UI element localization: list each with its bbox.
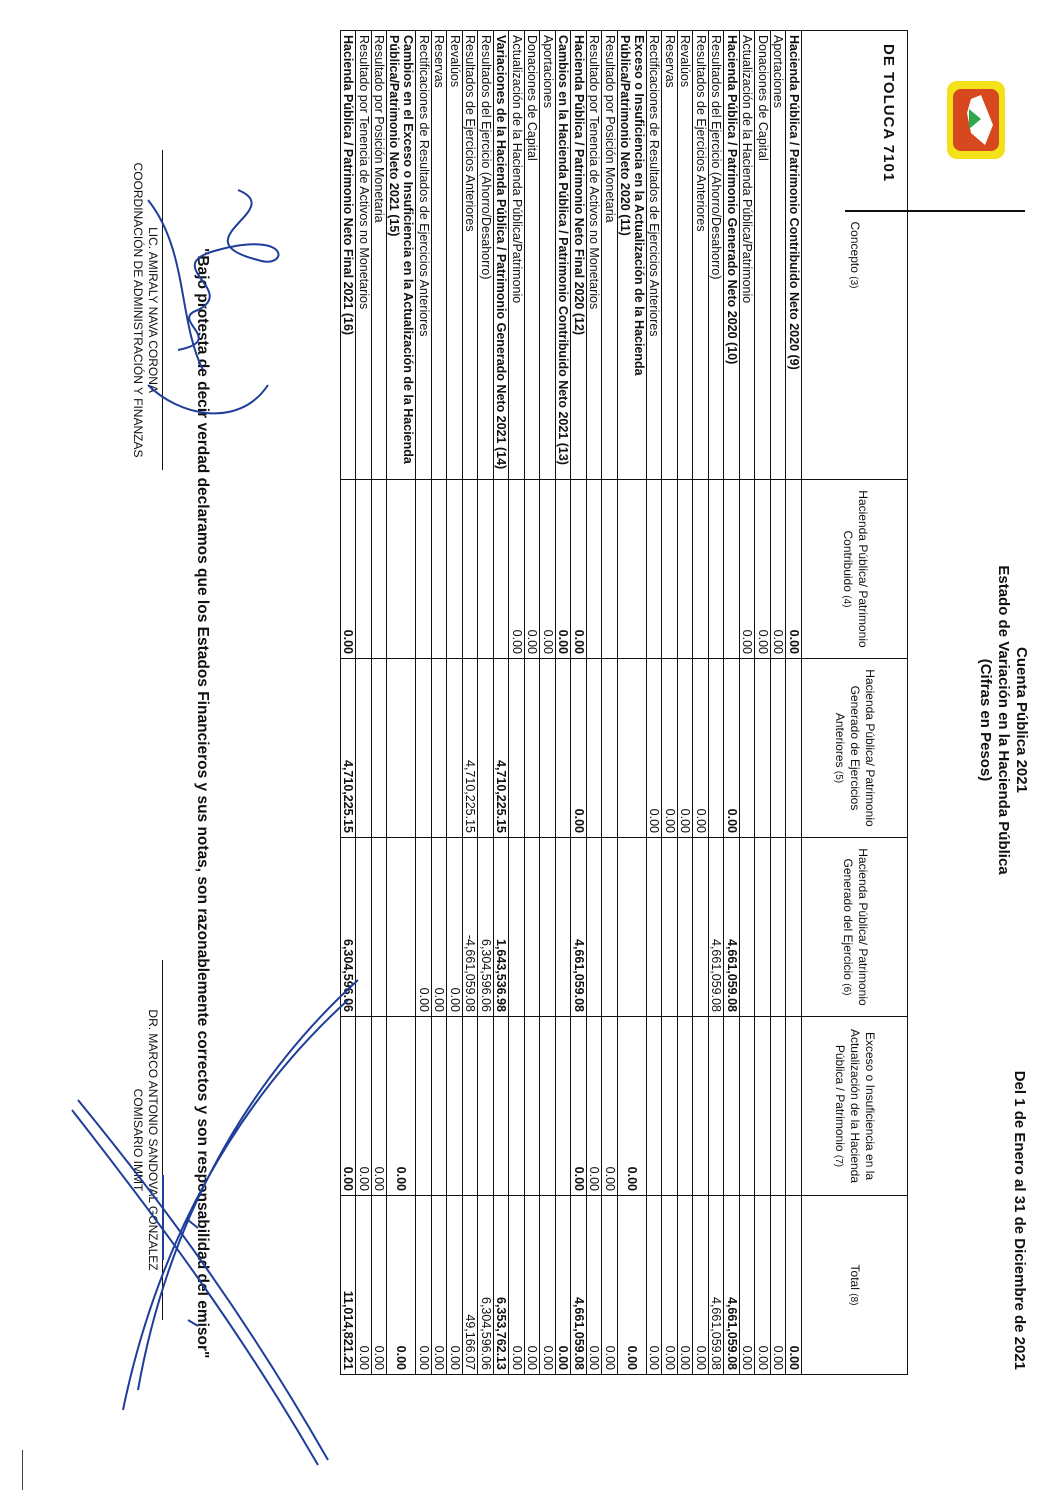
table-row: Rectificaciones de Resultados de Ejercic…: [416, 31, 432, 1375]
row-value-col-1: [724, 480, 740, 659]
column-header-4: Exceso o Insuficiencia en la Actualizaci…: [802, 1017, 908, 1196]
signature-line: [162, 960, 163, 1320]
table-row: Resultados de Ejercicios Anteriores0.000…: [693, 31, 709, 1375]
row-value-col-4: [786, 1017, 802, 1196]
row-value-col-2: 4,710,225.15: [494, 659, 510, 838]
row-concept: Donaciones de Capital: [525, 31, 541, 480]
row-value-col-3: 0.00: [447, 838, 463, 1017]
row-value-col-4: [432, 1017, 448, 1196]
table-row: Resultados de Ejercicios Anteriores4,710…: [463, 31, 479, 1375]
row-value-col-2: 0.00: [571, 659, 587, 838]
signer-title-right: COMISARIO IMMT: [130, 960, 145, 1320]
table-row: Cambios en la Hacienda Pública / Patrimo…: [556, 31, 572, 1375]
column-header-3: Hacienda Pública/ Patrimonio Generado de…: [802, 838, 908, 1017]
row-value-col-5: 0.00: [662, 1196, 678, 1375]
row-value-col-2: [478, 659, 494, 838]
row-value-col-3: [618, 838, 647, 1017]
column-header-note: (4): [841, 595, 852, 607]
row-value-col-3: [509, 838, 525, 1017]
table-row: Hacienda Pública / Patrimonio Neto Final…: [341, 31, 357, 1375]
row-value-col-3: 4,661,059.08: [709, 838, 725, 1017]
row-value-col-3: [540, 838, 556, 1017]
row-value-col-1: [693, 480, 709, 659]
signer-name-left: LIC. AMIRALY NAVA CORONA: [145, 150, 160, 470]
report-title-1: Cuenta Pública 2021: [1012, 470, 1030, 970]
table-row: Rectificaciones de Resultados de Ejercic…: [647, 31, 663, 1375]
row-value-col-3: [786, 838, 802, 1017]
row-value-col-2: [356, 659, 372, 838]
row-value-col-2: [509, 659, 525, 838]
column-header-2: Hacienda Pública/ Patrimonio Generado de…: [802, 659, 908, 838]
row-concept: Reservas: [662, 31, 678, 480]
row-value-col-5: 0.00: [556, 1196, 572, 1375]
row-value-col-2: [755, 659, 771, 838]
row-concept: Hacienda Pública / Patrimonio Neto Final…: [571, 31, 587, 480]
row-value-col-4: [662, 1017, 678, 1196]
column-header-note: (7): [834, 1155, 845, 1167]
row-value-col-1: [647, 480, 663, 659]
row-value-col-1: [463, 480, 479, 659]
signer-name-right: DR. MARCO ANTONIO SANDOVAL GONZALEZ: [145, 960, 160, 1320]
row-value-col-4: 0.00: [602, 1017, 618, 1196]
row-value-col-4: 0.00: [618, 1017, 647, 1196]
row-value-col-3: [771, 838, 787, 1017]
row-value-col-4: [509, 1017, 525, 1196]
row-value-col-1: [662, 480, 678, 659]
row-value-col-5: 6,353,762.13: [494, 1196, 510, 1375]
row-value-col-3: [587, 838, 603, 1017]
row-value-col-5: 0.00: [509, 1196, 525, 1375]
column-header-note: (5): [834, 771, 845, 783]
row-value-col-4: [647, 1017, 663, 1196]
row-value-col-5: 0.00: [786, 1196, 802, 1375]
row-value-col-5: 11,014,821.21: [341, 1196, 357, 1375]
row-value-col-2: 0.00: [678, 659, 694, 838]
rotated-document-page: DE TOLUCA 7101 Cuenta Pública 2021 Estad…: [0, 0, 1058, 1496]
table-body: Hacienda Pública / Patrimonio Contribuid…: [341, 31, 802, 1375]
row-value-col-1: [478, 480, 494, 659]
row-value-col-3: -4,661,059.08: [463, 838, 479, 1017]
row-value-col-4: 0.00: [387, 1017, 416, 1196]
column-header-label: Concepto: [849, 222, 863, 273]
row-value-col-5: 0.00: [771, 1196, 787, 1375]
row-value-col-2: [372, 659, 388, 838]
row-value-col-1: 0.00: [540, 480, 556, 659]
row-concept: Resultados del Ejercicio (Ahorro/Desahor…: [478, 31, 494, 480]
row-value-col-3: 0.00: [416, 838, 432, 1017]
row-value-col-5: 0.00: [387, 1196, 416, 1375]
row-value-col-2: [771, 659, 787, 838]
row-value-col-4: [416, 1017, 432, 1196]
margin-mark: [22, 1450, 23, 1490]
row-value-col-2: 0.00: [662, 659, 678, 838]
row-concept: Resultados de Ejercicios Anteriores: [693, 31, 709, 480]
row-value-col-1: 0.00: [755, 480, 771, 659]
row-concept: Cambios en la Hacienda Pública / Patrimo…: [556, 31, 572, 480]
column-header-label: Total: [849, 1265, 863, 1290]
row-value-col-2: [387, 659, 416, 838]
row-concept: Resultados de Ejercicios Anteriores: [463, 31, 479, 480]
row-value-col-3: [372, 838, 388, 1017]
row-concept: Revalúos: [678, 31, 694, 480]
row-value-col-1: [709, 480, 725, 659]
row-concept: Rectificaciones de Resultados de Ejercic…: [647, 31, 663, 480]
row-value-col-5: 0.00: [540, 1196, 556, 1375]
signature-block-right: DR. MARCO ANTONIO SANDOVAL GONZALEZ COMI…: [130, 960, 163, 1320]
row-value-col-2: [540, 659, 556, 838]
column-header-note: (8): [849, 1293, 860, 1305]
row-value-col-4: [478, 1017, 494, 1196]
column-header-5: Total (8): [802, 1196, 908, 1375]
row-value-col-1: [494, 480, 510, 659]
row-value-col-2: 0.00: [647, 659, 663, 838]
row-value-col-1: 0.00: [341, 480, 357, 659]
signature-line: [162, 150, 163, 470]
row-value-col-1: [372, 480, 388, 659]
table-row: Hacienda Pública / Patrimonio Contribuid…: [786, 31, 802, 1375]
row-value-col-5: 6,304,596.06: [478, 1196, 494, 1375]
row-value-col-2: [525, 659, 541, 838]
row-value-col-5: 0.00: [618, 1196, 647, 1375]
row-concept: Hacienda Pública / Patrimonio Contribuid…: [786, 31, 802, 480]
row-value-col-3: 6,304,596.06: [478, 838, 494, 1017]
column-header-label: Hacienda Pública/ Patrimonio Generado de…: [834, 669, 878, 826]
row-value-col-3: [662, 838, 678, 1017]
row-value-col-4: [678, 1017, 694, 1196]
signature-block-left: LIC. AMIRALY NAVA CORONA COORDINACIÓN DE…: [130, 150, 163, 470]
row-value-col-1: 0.00: [525, 480, 541, 659]
row-concept: Hacienda Pública / Patrimonio Generado N…: [724, 31, 740, 480]
row-value-col-4: [724, 1017, 740, 1196]
row-value-col-3: [387, 838, 416, 1017]
row-value-col-1: [356, 480, 372, 659]
row-concept: Aportaciones: [771, 31, 787, 480]
row-value-col-5: 0.00: [525, 1196, 541, 1375]
table-row: Resultado por Tenencia de Activos no Mon…: [587, 31, 603, 1375]
row-value-col-1: 0.00: [740, 480, 756, 659]
table-row: Reservas0.000.00: [432, 31, 448, 1375]
row-value-col-4: 0.00: [571, 1017, 587, 1196]
column-header-concept: Concepto (3): [802, 31, 908, 480]
report-period: Del 1 de Enero al 31 de Diciembre de 202…: [1011, 1071, 1028, 1370]
table-row: Resultado por Posición Monetaria0.000.00: [372, 31, 388, 1375]
row-value-col-5: 4,661,059.08: [724, 1196, 740, 1375]
row-value-col-2: 0.00: [693, 659, 709, 838]
row-concept: Rectificaciones de Resultados de Ejercic…: [416, 31, 432, 480]
row-value-col-5: 0.00: [602, 1196, 618, 1375]
row-value-col-4: [494, 1017, 510, 1196]
row-value-col-2: [587, 659, 603, 838]
row-value-col-2: [709, 659, 725, 838]
row-value-col-4: [525, 1017, 541, 1196]
row-value-col-4: 0.00: [587, 1017, 603, 1196]
row-value-col-3: [525, 838, 541, 1017]
row-value-col-5: 4,661,059.08: [571, 1196, 587, 1375]
table-row: Resultado por Tenencia de Activos no Mon…: [356, 31, 372, 1375]
row-value-col-4: [755, 1017, 771, 1196]
table-row: Donaciones de Capital0.000.00: [525, 31, 541, 1375]
row-value-col-5: 4,661,059.08: [709, 1196, 725, 1375]
row-concept: Cambios en el Exceso o Insuficiencia en …: [387, 31, 416, 480]
row-value-col-1: 0.00: [786, 480, 802, 659]
table-row: Resultado por Posición Monetaria0.000.00: [602, 31, 618, 1375]
row-value-col-4: [447, 1017, 463, 1196]
row-value-col-4: [540, 1017, 556, 1196]
table-row: Resultados del Ejercicio (Ahorro/Desahor…: [478, 31, 494, 1375]
table-header-row: Concepto (3)Hacienda Pública/ Patrimonio…: [802, 31, 908, 1375]
row-value-col-1: [432, 480, 448, 659]
signer-title-left: COORDINACIÓN DE ADMINISTRACIÓN Y FINANZA…: [130, 150, 145, 470]
row-value-col-5: 0.00: [693, 1196, 709, 1375]
row-value-col-5: 0.00: [447, 1196, 463, 1375]
row-value-col-3: [356, 838, 372, 1017]
row-value-col-3: [740, 838, 756, 1017]
row-concept: Resultado por Tenencia de Activos no Mon…: [356, 31, 372, 480]
municipal-coat-of-arms-icon: [941, 75, 1011, 165]
report-title-2: Estado de Variación en la Hacienda Públi…: [994, 470, 1012, 970]
row-value-col-3: 4,661,059.08: [571, 838, 587, 1017]
table-row: Aportaciones0.000.00: [771, 31, 787, 1375]
row-value-col-2: [432, 659, 448, 838]
row-value-col-2: [556, 659, 572, 838]
row-value-col-5: 0.00: [372, 1196, 388, 1375]
row-value-col-1: [387, 480, 416, 659]
table-row: Hacienda Pública / Patrimonio Neto Final…: [571, 31, 587, 1375]
row-value-col-2: [416, 659, 432, 838]
row-concept: Resultado por Posición Monetaria: [372, 31, 388, 480]
row-value-col-1: [678, 480, 694, 659]
row-value-col-5: 49,166.07: [463, 1196, 479, 1375]
row-value-col-2: 0.00: [724, 659, 740, 838]
row-concept: Donaciones de Capital: [755, 31, 771, 480]
row-value-col-3: [647, 838, 663, 1017]
row-concept: Aportaciones: [540, 31, 556, 480]
table-row: Resultados del Ejercicio (Ahorro/Desahor…: [709, 31, 725, 1375]
table-row: Variaciones de la Hacienda Pública / Pat…: [494, 31, 510, 1375]
table-row: Donaciones de Capital0.000.00: [755, 31, 771, 1375]
row-value-col-2: [786, 659, 802, 838]
declaration-text: "Bajo protesta de decir verdad declaramo…: [193, 248, 211, 1358]
column-header-1: Hacienda Pública/ Patrimonio Contribuido…: [802, 480, 908, 659]
row-value-col-1: 0.00: [771, 480, 787, 659]
row-value-col-1: [447, 480, 463, 659]
row-value-col-4: 0.00: [372, 1017, 388, 1196]
table-row: Hacienda Pública / Patrimonio Generado N…: [724, 31, 740, 1375]
row-value-col-3: [602, 838, 618, 1017]
row-value-col-4: [740, 1017, 756, 1196]
row-value-col-4: [771, 1017, 787, 1196]
row-value-col-1: 0.00: [509, 480, 525, 659]
table-row: Exceso o Insuficiencia en la Actualizaci…: [618, 31, 647, 1375]
row-value-col-3: [556, 838, 572, 1017]
row-value-col-4: [693, 1017, 709, 1196]
table-row: Revalúos0.000.00: [447, 31, 463, 1375]
row-value-col-5: 0.00: [647, 1196, 663, 1375]
row-value-col-1: 0.00: [556, 480, 572, 659]
row-concept: Variaciones de la Hacienda Pública / Pat…: [494, 31, 510, 480]
table-row: Cambios en el Exceso o Insuficiencia en …: [387, 31, 416, 1375]
equity-variation-table: Concepto (3)Hacienda Pública/ Patrimonio…: [340, 30, 908, 1375]
column-header-label: Hacienda Pública/ Patrimonio Contribuido: [841, 490, 870, 647]
column-header-note: (3): [849, 276, 860, 288]
row-value-col-4: 0.00: [356, 1017, 372, 1196]
row-value-col-5: 0.00: [416, 1196, 432, 1375]
row-value-col-3: [678, 838, 694, 1017]
row-value-col-5: 0.00: [356, 1196, 372, 1375]
row-concept: Revalúos: [447, 31, 463, 480]
row-concept: Actualización de la Hacienda Pública/Pat…: [740, 31, 756, 480]
column-header-note: (6): [841, 983, 852, 995]
row-value-col-4: [463, 1017, 479, 1196]
row-concept: Exceso o Insuficiencia en la Actualizaci…: [618, 31, 647, 480]
row-value-col-2: [602, 659, 618, 838]
row-value-col-3: [693, 838, 709, 1017]
row-value-col-3: 6,304,596.06: [341, 838, 357, 1017]
row-value-col-1: [587, 480, 603, 659]
row-value-col-5: 0.00: [587, 1196, 603, 1375]
row-value-col-3: 1,643,536.98: [494, 838, 510, 1017]
table-row: Revalúos0.000.00: [678, 31, 694, 1375]
table-row: Aportaciones0.000.00: [540, 31, 556, 1375]
row-value-col-4: 0.00: [341, 1017, 357, 1196]
row-value-col-4: [556, 1017, 572, 1196]
table-row: Actualización de la Hacienda Pública/Pat…: [509, 31, 525, 1375]
row-value-col-5: 0.00: [432, 1196, 448, 1375]
row-value-col-3: [755, 838, 771, 1017]
row-concept: Reservas: [432, 31, 448, 480]
row-concept: Resultado por Posición Monetaria: [602, 31, 618, 480]
row-value-col-2: 4,710,225.15: [463, 659, 479, 838]
table-row: Reservas0.000.00: [662, 31, 678, 1375]
table-row: Actualización de la Hacienda Pública/Pat…: [740, 31, 756, 1375]
row-value-col-2: 4,710,225.15: [341, 659, 357, 838]
row-value-col-1: 0.00: [571, 480, 587, 659]
row-concept: Resultado por Tenencia de Activos no Mon…: [587, 31, 603, 480]
row-value-col-5: 0.00: [740, 1196, 756, 1375]
row-concept: Hacienda Pública / Patrimonio Neto Final…: [341, 31, 357, 480]
row-value-col-2: [740, 659, 756, 838]
row-value-col-3: 0.00: [432, 838, 448, 1017]
row-concept: Resultados del Ejercicio (Ahorro/Desahor…: [709, 31, 725, 480]
row-value-col-2: [618, 659, 647, 838]
row-value-col-4: [709, 1017, 725, 1196]
handwritten-signature-right-icon: [68, 960, 368, 1480]
row-value-col-2: [447, 659, 463, 838]
row-value-col-1: [602, 480, 618, 659]
row-value-col-3: 4,661,059.08: [724, 838, 740, 1017]
row-concept: Actualización de la Hacienda Pública/Pat…: [509, 31, 525, 480]
report-titles: Cuenta Pública 2021 Estado de Variación …: [976, 470, 1030, 970]
row-value-col-5: 0.00: [678, 1196, 694, 1375]
row-value-col-1: [416, 480, 432, 659]
row-value-col-1: [618, 480, 647, 659]
report-title-3: (Cifras en Pesos): [976, 470, 994, 970]
row-value-col-5: 0.00: [755, 1196, 771, 1375]
